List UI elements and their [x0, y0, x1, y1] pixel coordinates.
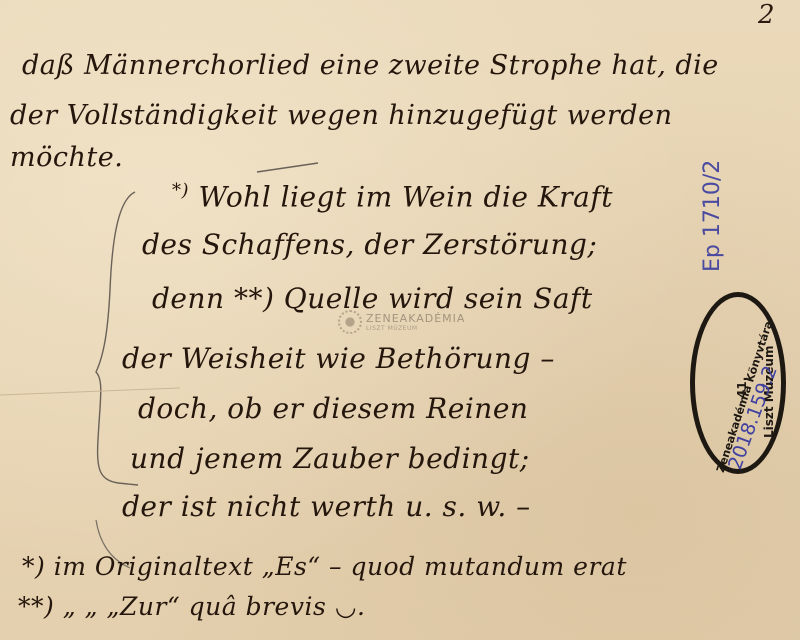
watermark-subtitle: LISZT MÚZEUM: [366, 325, 465, 332]
archive-reference: Ep 1710/2: [700, 160, 725, 272]
poem-text-5: doch, ob er diesem Reinen: [138, 392, 528, 425]
footnote-2: **) „ „ „Zur“ quâ brevis ◡.: [18, 592, 365, 621]
footnote-1-text: im Originaltext „Es“ – quod mutandum era…: [54, 552, 627, 581]
footnote-1-marker: *): [22, 552, 45, 581]
poem-line-7: der ist nicht werth u. s. w. –: [122, 490, 531, 523]
watermark: ZENEAKADÉMIA LISZT MÚZEUM: [338, 310, 465, 334]
poem-line-2: des Schaffens, der Zerstörung;: [142, 228, 597, 261]
footnote-2-marker: **): [18, 592, 54, 621]
zeneakademia-logo-icon: [338, 310, 362, 334]
footnote-2-text: „ „ „Zur“ quâ brevis ◡.: [63, 592, 366, 621]
poem-line-4: der Weisheit wie Bethörung –: [122, 342, 555, 375]
footnote-marker-1: *): [172, 180, 189, 201]
page-number: 2: [758, 0, 775, 30]
footnote-1: *) im Originaltext „Es“ – quod mutandum …: [22, 552, 627, 581]
poem-line-1: *) Wohl liegt im Wein die Kraft: [172, 180, 613, 213]
poem-text-1: Wohl liegt im Wein die Kraft: [198, 180, 613, 213]
stamp-number: 41.: [735, 377, 749, 398]
poem-line-6: und jenem Zauber bedingt;: [130, 442, 530, 475]
body-line-3: möchte.: [10, 142, 123, 173]
body-line-1: daß Männerchorlied eine zweite Strophe h…: [22, 50, 719, 81]
watermark-title: ZENEAKADÉMIA: [366, 312, 465, 325]
poem-line-5: doch, ob er diesem Reinen: [138, 392, 528, 425]
manuscript-page: 2 daß Männerchorlied eine zweite Strophe…: [0, 0, 800, 640]
body-line-2: der Vollständigkeit wegen hinzugefügt we…: [10, 100, 672, 131]
